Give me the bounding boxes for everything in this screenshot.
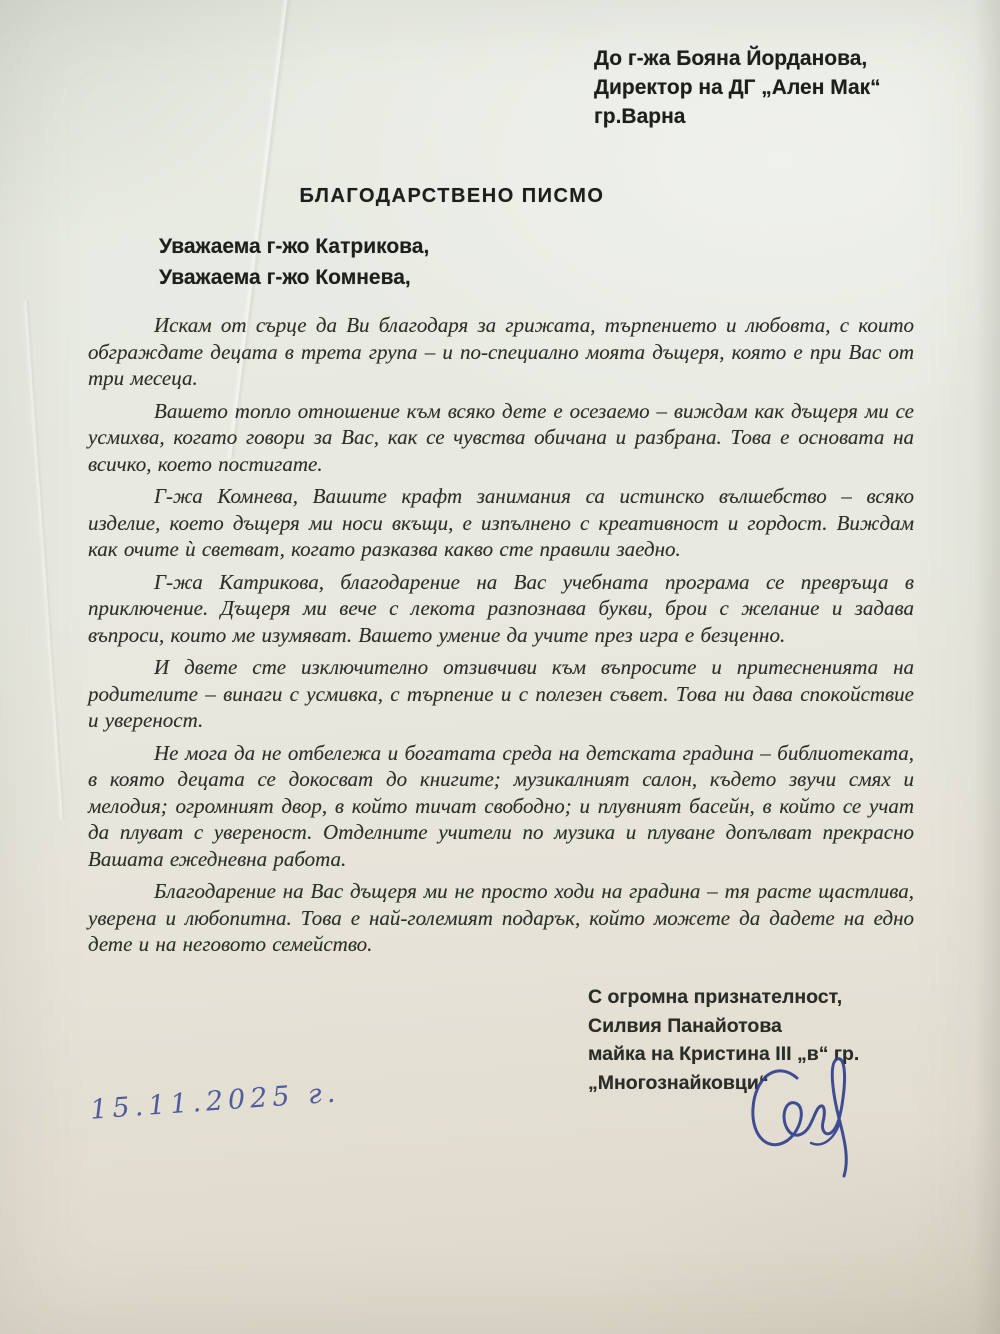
paragraph-5: И двете сте изключително отзивчиви към в… — [88, 654, 914, 734]
salutation-line-1: Уважаема г-жо Катрикова, — [159, 231, 429, 262]
paragraph-2: Вашето топло отношение към всяко дете е … — [88, 398, 914, 478]
letter-body: Искам от сърце да Ви благодаря за грижат… — [88, 312, 914, 964]
recipient-line-2: Директор на ДГ „Ален Мак“ — [594, 73, 881, 102]
paper-crease — [22, 300, 66, 819]
paragraph-7: Благодарение на Вас дъщеря ми не просто … — [88, 878, 914, 958]
paragraph-3: Г-жа Комнева, Вашите крафт занимания са … — [88, 483, 914, 563]
closing-line-1: С огромна признателност, — [588, 983, 859, 1012]
paragraph-4: Г-жа Катрикова, благодарение на Вас учеб… — [88, 569, 914, 649]
recipient-line-3: гр.Варна — [594, 102, 881, 131]
salutation-line-2: Уважаема г-жо Комнева, — [159, 262, 429, 293]
handwritten-date: 15.11.2025 г. — [89, 1077, 341, 1125]
letter-title: БЛАГОДАРСТВЕНО ПИСМО — [0, 185, 952, 208]
handwritten-signature-icon — [742, 1050, 892, 1185]
closing-line-2: Силвия Панайотова — [588, 1012, 859, 1041]
letter-page: До г-жа Бояна Йорданова, Директор на ДГ … — [0, 0, 1000, 1334]
paragraph-6: Не мога да не отбележа и богатата среда … — [88, 740, 914, 873]
paragraph-1: Искам от сърце да Ви благодаря за грижат… — [88, 312, 914, 392]
recipient-block: До г-жа Бояна Йорданова, Директор на ДГ … — [594, 44, 881, 131]
paper-edge-shadow — [974, 0, 1000, 1334]
salutation-block: Уважаема г-жо Катрикова, Уважаема г-жо К… — [159, 231, 429, 293]
recipient-line-1: До г-жа Бояна Йорданова, — [594, 44, 881, 73]
